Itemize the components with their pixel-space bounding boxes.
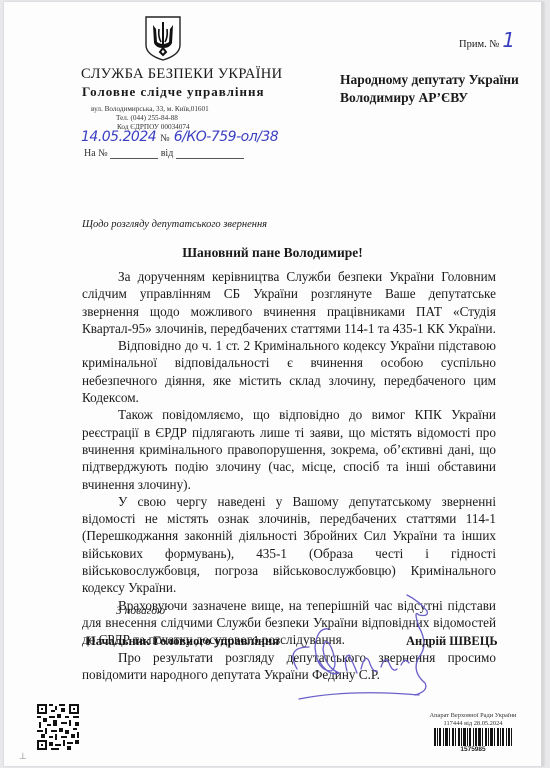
closing-phrase: З повагою	[116, 605, 165, 617]
copy-number: Прим. №1	[459, 28, 515, 52]
phone-line: Тел. (044) 255-84-88	[116, 114, 178, 122]
addressee-block: Народному депутату України Володимиру АР…	[340, 71, 519, 107]
paragraph: У свою чергу наведені у Вашому депутатсь…	[82, 493, 496, 597]
department-name: Головне слідче управління	[82, 84, 265, 100]
addressee-line2: Володимиру АР’ЄВУ	[340, 89, 519, 107]
reply-from-label: від	[161, 148, 174, 159]
number-sign: №	[160, 133, 170, 144]
handwritten-reg-number: 6/КО-759-ол/38	[174, 129, 278, 145]
organization-name: СЛУЖБА БЕЗПЕКИ УКРАЇНИ	[81, 66, 282, 83]
signer-name: Андрій ШВЕЦЬ	[406, 634, 498, 649]
copy-number-value: 1	[502, 28, 514, 52]
registration-stamp: Апарат Верховної Ради України 117444 від…	[412, 712, 534, 753]
barcode-icon	[434, 728, 512, 746]
paragraph: Відповідно до ч. 1 ст. 2 Кримінального к…	[82, 337, 496, 406]
addressee-line1: Народному депутату України	[340, 71, 519, 89]
scan-corner-mark-icon: ⊥	[19, 752, 27, 762]
reply-to-label: На №	[84, 148, 108, 159]
signer-title: Начальник Головного управління	[86, 634, 279, 649]
letter-page: СЛУЖБА БЕЗПЕКИ УКРАЇНИ Головне слідче уп…	[4, 2, 544, 766]
address-line: вул. Володимирська, 33, м. Київ,01601	[91, 105, 209, 113]
barcode-number: 1575985	[412, 746, 534, 753]
reply-date-blank	[176, 149, 244, 159]
qr-code-icon	[37, 704, 79, 750]
paragraph: За дорученням керівництва Служби безпеки…	[82, 268, 496, 337]
letter-subject: Щодо розгляду депутатського звернення	[82, 219, 267, 230]
stamp-line1: Апарат Верховної Ради України	[412, 712, 534, 720]
reply-reference-line: На № від	[84, 148, 244, 159]
paragraph: Також повідомляємо, що відповідно до вим…	[82, 406, 496, 492]
stamp-line2: 117444 від 28.05.2024	[412, 720, 534, 728]
trident-emblem-icon	[144, 15, 182, 62]
salutation: Шановний пане Володимире!	[4, 245, 541, 261]
date-number-line: 14.05.2024№6/КО-759-ол/38	[81, 129, 278, 146]
copy-number-label: Прим. №	[459, 39, 499, 50]
handwritten-date: 14.05.2024	[81, 129, 156, 145]
reply-number-blank	[110, 149, 158, 159]
